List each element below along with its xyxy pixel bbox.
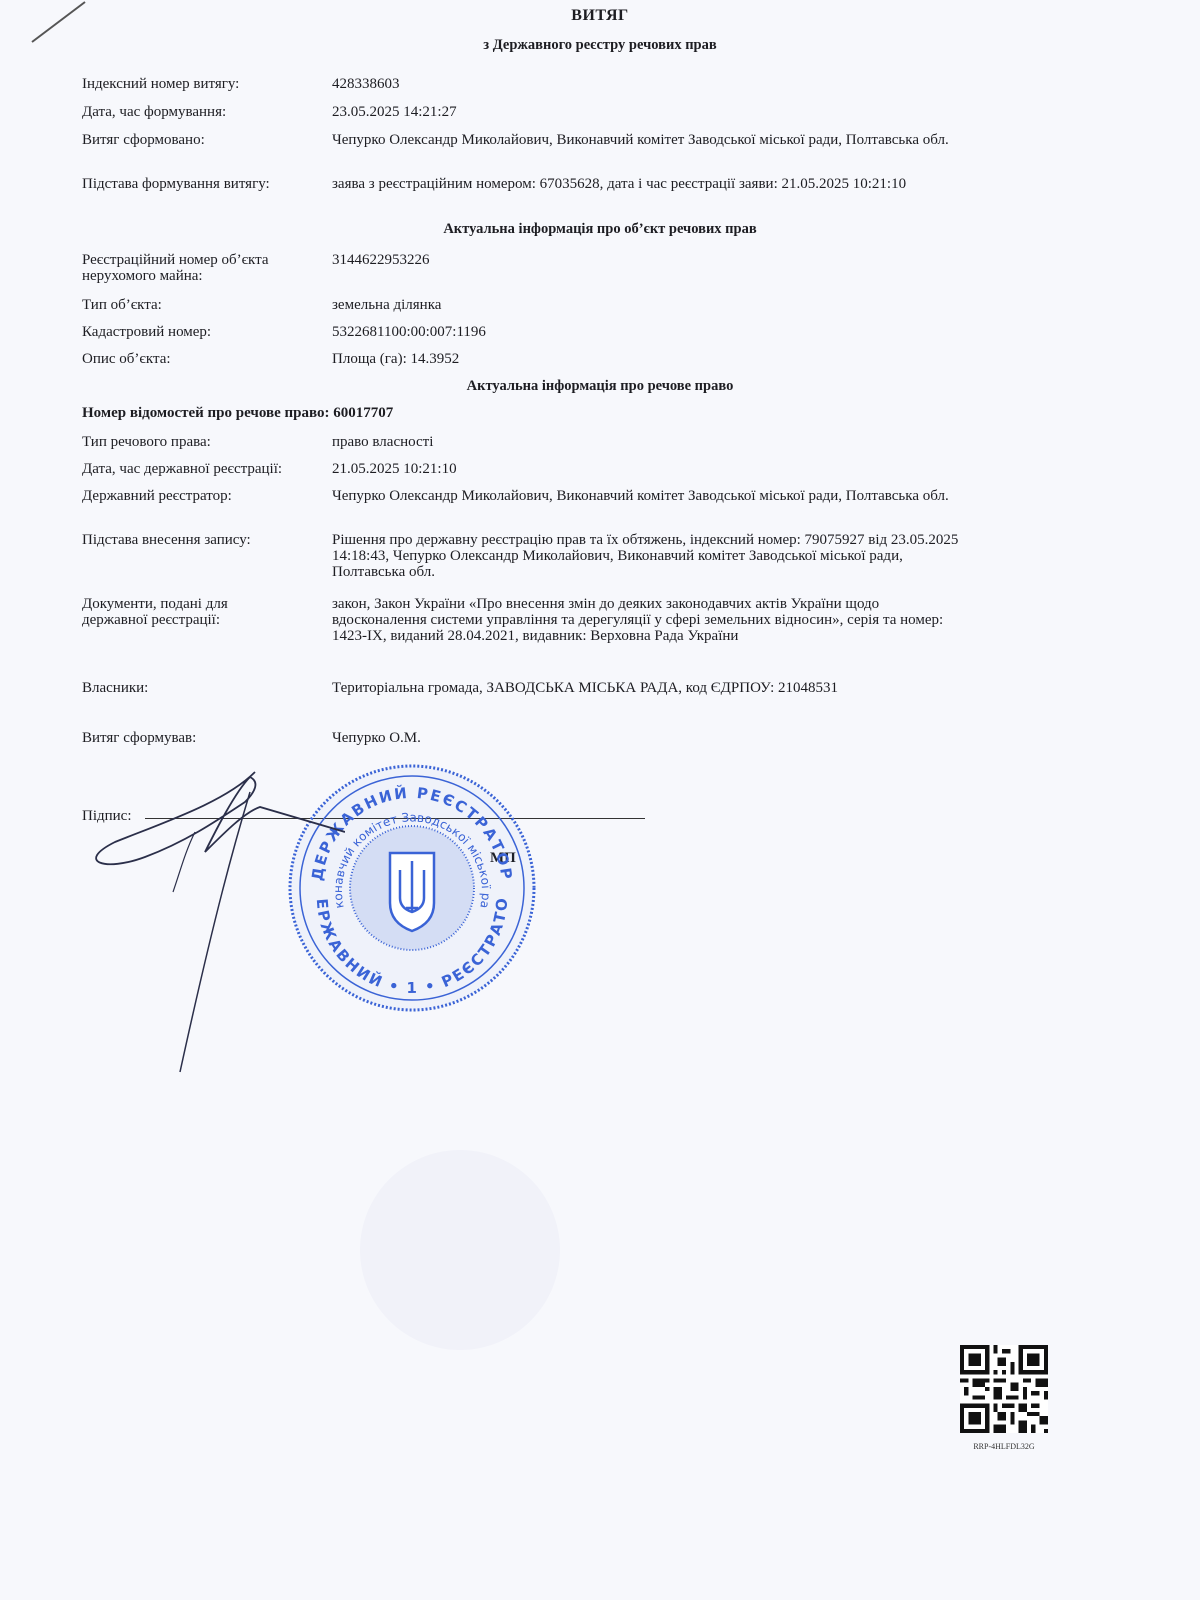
field-value: 5322681100:00:007:1196 <box>332 324 982 340</box>
right-row: Державний реєстратор: Чепурко Олександр … <box>82 488 982 504</box>
document-subtitle: з Державного реєстру речових прав <box>0 37 1200 54</box>
field-label: Опис об’єкта: <box>82 351 332 367</box>
object-row: Кадастровий номер: 5322681100:00:007:119… <box>82 324 982 340</box>
object-row: Реєстраційний номер об’єкта нерухомого м… <box>82 252 982 284</box>
field-label: Кадастровий номер: <box>82 324 332 340</box>
faint-stamp-bleed <box>360 1150 560 1350</box>
field-label: Витяг сформував: <box>82 730 332 746</box>
right-row: Тип речового права: право власності <box>82 434 982 450</box>
right-row: Підстава внесення запису: Рішення про де… <box>82 532 982 580</box>
field-label: Індексний номер витягу: <box>82 76 332 92</box>
field-label: Дата, час формування: <box>82 104 332 120</box>
object-row: Тип об’єкта: земельна ділянка <box>82 297 982 313</box>
field-value: закон, Закон України «Про внесення змін … <box>332 596 972 644</box>
field-label: Підстава внесення запису: <box>82 532 332 580</box>
field-value: Площа (га): 14.3952 <box>332 351 982 367</box>
field-value: 23.05.2025 14:21:27 <box>332 104 982 120</box>
field-label: Дата, час державної реєстрації: <box>82 461 332 477</box>
document-page: ВИТЯГ з Державного реєстру речових прав … <box>0 0 1200 1600</box>
info-row: Дата, час формування: 23.05.2025 14:21:2… <box>82 104 982 120</box>
record-number: Номер відомостей про речове право: 60017… <box>82 405 393 422</box>
field-label: Державний реєстратор: <box>82 488 332 504</box>
info-row: Витяг сформовано: Чепурко Олександр Мико… <box>82 132 982 148</box>
field-value: Чепурко Олександр Миколайович, Виконавчи… <box>332 488 952 504</box>
right-row: Дата, час державної реєстрації: 21.05.20… <box>82 461 982 477</box>
field-label: Документи, подані для державної реєстрац… <box>82 596 282 644</box>
field-value: право власності <box>332 434 982 450</box>
field-value: земельна ділянка <box>332 297 982 313</box>
field-label: Підстава формування витягу: <box>82 176 332 192</box>
field-value: Територіальна громада, ЗАВОДСЬКА МІСЬКА … <box>332 680 972 696</box>
field-value: Чепурко О.М. <box>332 730 982 746</box>
field-label: Тип речового права: <box>82 434 332 450</box>
field-value: 428338603 <box>332 76 982 92</box>
issued-by-row: Витяг сформував: Чепурко О.М. <box>82 730 982 746</box>
field-value: Чепурко Олександр Миколайович, Виконавчи… <box>332 132 952 148</box>
right-row: Власники: Територіальна громада, ЗАВОДСЬ… <box>82 680 982 696</box>
section-title-right: Актуальна інформація про речове право <box>0 378 1200 395</box>
document-title: ВИТЯГ <box>0 7 1200 25</box>
qr-code-id: RRP-4HLFDL32G <box>952 1442 1056 1451</box>
field-value: заява з реєстраційним номером: 67035628,… <box>332 176 952 192</box>
right-row: Документи, подані для державної реєстрац… <box>82 596 982 644</box>
field-label: Реєстраційний номер об’єкта нерухомого м… <box>82 252 312 284</box>
field-label: Тип об’єкта: <box>82 297 332 313</box>
field-value: Рішення про державну реєстрацію прав та … <box>332 532 972 580</box>
object-row: Опис об’єкта: Площа (га): 14.3952 <box>82 351 982 367</box>
field-label: Витяг сформовано: <box>82 132 332 148</box>
section-title-object: Актуальна інформація про об’єкт речових … <box>0 221 1200 238</box>
field-value: 21.05.2025 10:21:10 <box>332 461 982 477</box>
qr-code[interactable] <box>960 1345 1048 1433</box>
info-row: Підстава формування витягу: заява з реєс… <box>82 176 982 192</box>
info-row: Індексний номер витягу: 428338603 <box>82 76 982 92</box>
field-value: 3144622953226 <box>332 252 982 284</box>
handwritten-signature <box>85 762 345 1082</box>
field-label: Власники: <box>82 680 332 696</box>
